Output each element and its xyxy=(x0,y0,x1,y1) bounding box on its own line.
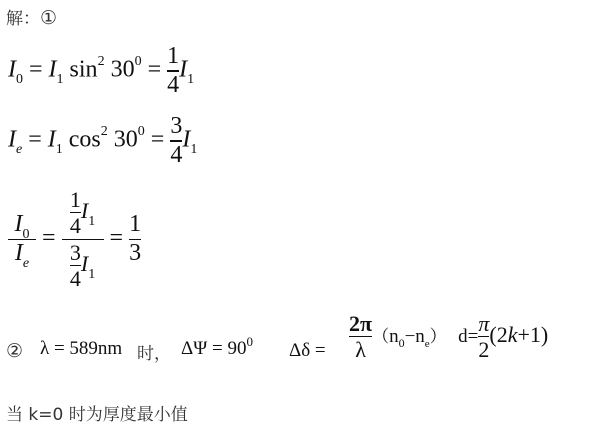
wavelength: λ = 589nm xyxy=(40,338,122,360)
fraction-one-quarter: 14 xyxy=(167,44,179,98)
two-pi-over-lambda: 2πλ xyxy=(349,312,372,362)
delta-delta: Δδ = xyxy=(289,340,326,362)
solution-label: 解： xyxy=(6,9,40,29)
equation-ie: Ie = I1 cos2 300 = 34I1 xyxy=(8,114,197,168)
phase-formula: 2πλ（n0−ne） d=π2(2k+1) xyxy=(349,312,548,362)
pi-over-two: π2 xyxy=(478,312,489,362)
part-1-marker: ① xyxy=(40,7,57,29)
phase-difference: ΔΨ = 900 xyxy=(181,338,253,360)
solution-heading: 解：① xyxy=(6,4,57,29)
when-label: 时， xyxy=(137,339,171,364)
fraction-one-third: 13 xyxy=(129,212,141,266)
fraction-three-quarters: 34 xyxy=(170,114,182,168)
part-2-marker: ② xyxy=(6,340,23,362)
equation-i0: I0 = I1 sin2 300 = 14I1 xyxy=(8,44,194,98)
ratio-lhs: I0 Ie xyxy=(8,212,36,266)
compound-fraction: 14I1 34I1 xyxy=(62,188,104,291)
equation-ratio: I0 Ie = 14I1 34I1 = 13 xyxy=(8,188,141,291)
conclusion-text: 当 k=0 时为厚度最小值 xyxy=(6,400,188,425)
